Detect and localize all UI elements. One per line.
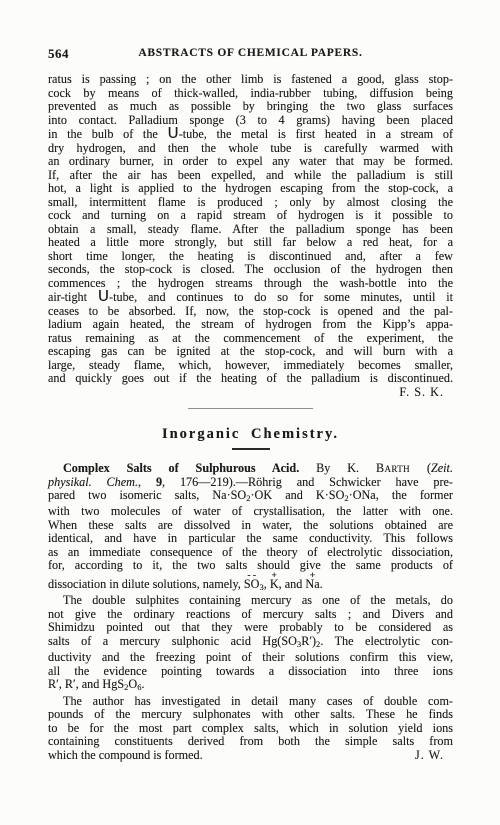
text-line: escaping gas can be ignited at the stop-… [48, 345, 453, 359]
text-segment: The double sulphites containing mercury … [63, 593, 453, 607]
text-segment: If, after the air has been expelled, and… [48, 168, 453, 182]
text-segment: seconds, the stop-cock is closed. The oc… [48, 262, 453, 276]
text-line: air-tight U-tube, and continues to do so… [48, 290, 453, 305]
text-line: ladium again heated, the stream of hydro… [48, 318, 453, 332]
text-segment: physikal. Chem. [48, 475, 138, 489]
text-segment: When these salts are dissolved in water,… [48, 518, 453, 532]
text-segment: Complex Salts of Sulphurous Acid. [63, 461, 299, 475]
text-segment: pounds of the mercury sulphonates with o… [48, 707, 453, 721]
text-segment: U [98, 287, 109, 305]
text-segment: . [141, 677, 144, 691]
text-segment: short time longer, the heating is discon… [48, 249, 453, 263]
text-segment: -tube, the metal is first heated in a st… [179, 127, 453, 141]
text-line: large, steady flame, which, however, imm… [48, 359, 453, 373]
text-segment: salts of a mercury sulphonic acid Hg(SO [48, 634, 297, 648]
text-segment: air-tight [48, 290, 98, 304]
article-divider-rule [188, 408, 313, 409]
text-segment: containing constituents derived from bot… [48, 734, 453, 748]
text-segment: , [138, 475, 156, 489]
text-segment: By K. [299, 461, 376, 475]
running-head: ABSTRACTS OF CHEMICAL PAPERS. [48, 46, 453, 59]
text-line: identical, and have in particular the sa… [48, 532, 453, 546]
text-segment: R′) [301, 634, 316, 648]
text-segment: with two molecules of water of crystalli… [48, 504, 453, 518]
text-line: salts of a mercury sulphonic acid Hg(SO3… [48, 635, 453, 651]
text-segment: ratus is passing ; on the other limb is … [48, 72, 453, 86]
text-segment: ( [410, 461, 431, 475]
text-segment: Barth [376, 461, 410, 475]
text-segment: not give the ordinary reactions of mercu… [48, 607, 453, 621]
text-segment: and quickly goes out if the heating of t… [48, 371, 453, 385]
text-segment: in the bulb of the [48, 127, 168, 141]
text-segment: ceases to be absorbed. If, now, the stop… [48, 304, 453, 318]
text-line: cock and turning on a rapid stream of hy… [48, 209, 453, 223]
text-line: ceases to be absorbed. If, now, the stop… [48, 305, 453, 319]
text-line: obtain a small, steady flame. After the … [48, 223, 453, 237]
text-line: ratus remaining as at the commencement o… [48, 332, 453, 346]
section-title: Inorganic Chemistry. [48, 426, 453, 443]
text-line: R′, R′, and HgS2O6. [48, 678, 453, 694]
text-segment: dissociation in dilute solutions, namely… [48, 577, 244, 591]
text-segment: into contact. Palladium sponge (3 to 4 g… [48, 113, 453, 127]
text-segment: prevented as much as possible by bringin… [48, 99, 453, 113]
text-line: and quickly goes out if the heating of t… [48, 372, 453, 386]
text-segment: an ordinary burner, in order to expel an… [48, 154, 453, 168]
text-segment: , [264, 577, 270, 591]
text-segment: which the compound is formed. [48, 748, 203, 762]
text-line: heated a little more strongly, but still… [48, 236, 453, 250]
text-line: The author has investigated in detail ma… [48, 695, 453, 709]
text-segment: cock by means of thick-walled, india-rub… [48, 86, 453, 100]
text-line: not give the ordinary reactions of mercu… [48, 608, 453, 622]
text-line: into contact. Palladium sponge (3 to 4 g… [48, 114, 453, 128]
text-line: seconds, the stop-cock is closed. The oc… [48, 263, 453, 277]
text-segment: escaping gas can be ignited at the stop-… [48, 344, 453, 358]
text-line: hot, a light is applied to the hydrogen … [48, 182, 453, 196]
article-complex-salts: Complex Salts of Sulphurous Acid. By K. … [48, 462, 453, 762]
text-segment: Zeit. [431, 461, 453, 475]
journal-page: 564 ABSTRACTS OF CHEMICAL PAPERS. ratus … [0, 0, 500, 825]
ion-with-charge: SO [244, 577, 260, 591]
page-header: 564 ABSTRACTS OF CHEMICAL PAPERS. [48, 46, 453, 61]
text-line: in the bulb of the U-tube, the metal is … [48, 127, 453, 142]
text-line: all the evidence pointing towards a diss… [48, 665, 453, 679]
text-line: dry hydrogen, and then the whole tube is… [48, 142, 453, 156]
text-segment: R′, R′, and HgS [48, 677, 124, 691]
text-line: short time longer, the heating is discon… [48, 250, 453, 264]
text-segment: , and [279, 577, 306, 591]
text-line: Complex Salts of Sulphurous Acid. By K. … [48, 462, 453, 476]
text-segment: . [320, 577, 323, 591]
text-line: If, after the air has been expelled, and… [48, 169, 453, 183]
section-title-rule [232, 448, 270, 450]
text-segment: -tube, and continues to do so for some m… [109, 290, 453, 304]
text-segment: dry hydrogen, and then the whole tube is… [48, 141, 453, 155]
text-segment: pared two isomeric salts, Na·SO [48, 488, 246, 502]
page-number: 564 [48, 46, 69, 62]
text-line: with two molecules of water of crystalli… [48, 505, 453, 519]
text-line: pared two isomeric salts, Na·SO2·OK and … [48, 489, 453, 505]
text-line: ductivity and the freezing point of thei… [48, 651, 453, 665]
text-line: as an immediate consequence of the theor… [48, 546, 453, 560]
text-segment: cock and turning on a rapid stream of hy… [48, 208, 453, 222]
text-segment: identical, and have in particular the sa… [48, 531, 453, 545]
text-segment: ratus remaining as at the commencement o… [48, 331, 453, 345]
text-segment: ·ONa, the former [349, 488, 453, 502]
ion-with-charge: Na [305, 577, 319, 591]
text-line: small, intermittent flame is produced ; … [48, 196, 453, 210]
text-line: The double sulphites containing mercury … [48, 594, 453, 608]
text-segment: obtain a small, steady flame. After the … [48, 222, 453, 236]
text-segment: . The electrolytic con- [320, 634, 453, 648]
text-line: When these salts are dissolved in water,… [48, 519, 453, 533]
abstractor-initials: J. W. [415, 749, 444, 763]
text-segment: as an immediate consequence of the theor… [48, 545, 453, 559]
text-line: containing constituents derived from bot… [48, 735, 453, 749]
text-segment: ·OK and K·SO [251, 488, 345, 502]
text-line: F. S. K. [48, 386, 453, 400]
text-segment: , 176—219).—Röhrig and Schwicker have pr… [162, 475, 453, 489]
text-segment: small, intermittent flame is produced ; … [48, 195, 453, 209]
text-segment: heated a little more strongly, but still… [48, 235, 453, 249]
text-line: prevented as much as possible by bringin… [48, 100, 453, 114]
text-line: to be for the most part complex salts, w… [48, 722, 453, 736]
text-line: an ordinary burner, in order to expel an… [48, 155, 453, 169]
text-segment: O [128, 677, 137, 691]
text-line: dissociation in dilute solutions, namely… [48, 578, 453, 594]
text-segment: all the evidence pointing towards a diss… [48, 664, 453, 678]
text-segment: The author has investigated in detail ma… [63, 694, 453, 708]
text-line: pounds of the mercury sulphonates with o… [48, 708, 453, 722]
text-line: which the compound is formed.J. W. [48, 749, 453, 763]
ion-with-charge: K [270, 577, 279, 591]
text-segment: large, steady flame, which, however, imm… [48, 358, 453, 372]
text-segment: Shimidzu pointed out that they were prob… [48, 620, 453, 634]
text-line: ratus is passing ; on the other limb is … [48, 73, 453, 87]
text-segment: ductivity and the freezing point of thei… [48, 650, 453, 664]
text-line: cock by means of thick-walled, india-rub… [48, 87, 453, 101]
article-palladium-continuation: ratus is passing ; on the other limb is … [48, 73, 453, 399]
text-segment: U [168, 124, 179, 142]
text-line: physikal. Chem., 9, 176—219).—Röhrig and… [48, 476, 453, 490]
text-segment: ladium again heated, the stream of hydro… [48, 317, 453, 331]
text-segment: to be for the most part complex salts, w… [48, 721, 453, 735]
abstractor-initials: F. S. K. [399, 386, 444, 400]
text-line: Shimidzu pointed out that they were prob… [48, 621, 453, 635]
text-segment: hot, a light is applied to the hydrogen … [48, 181, 453, 195]
